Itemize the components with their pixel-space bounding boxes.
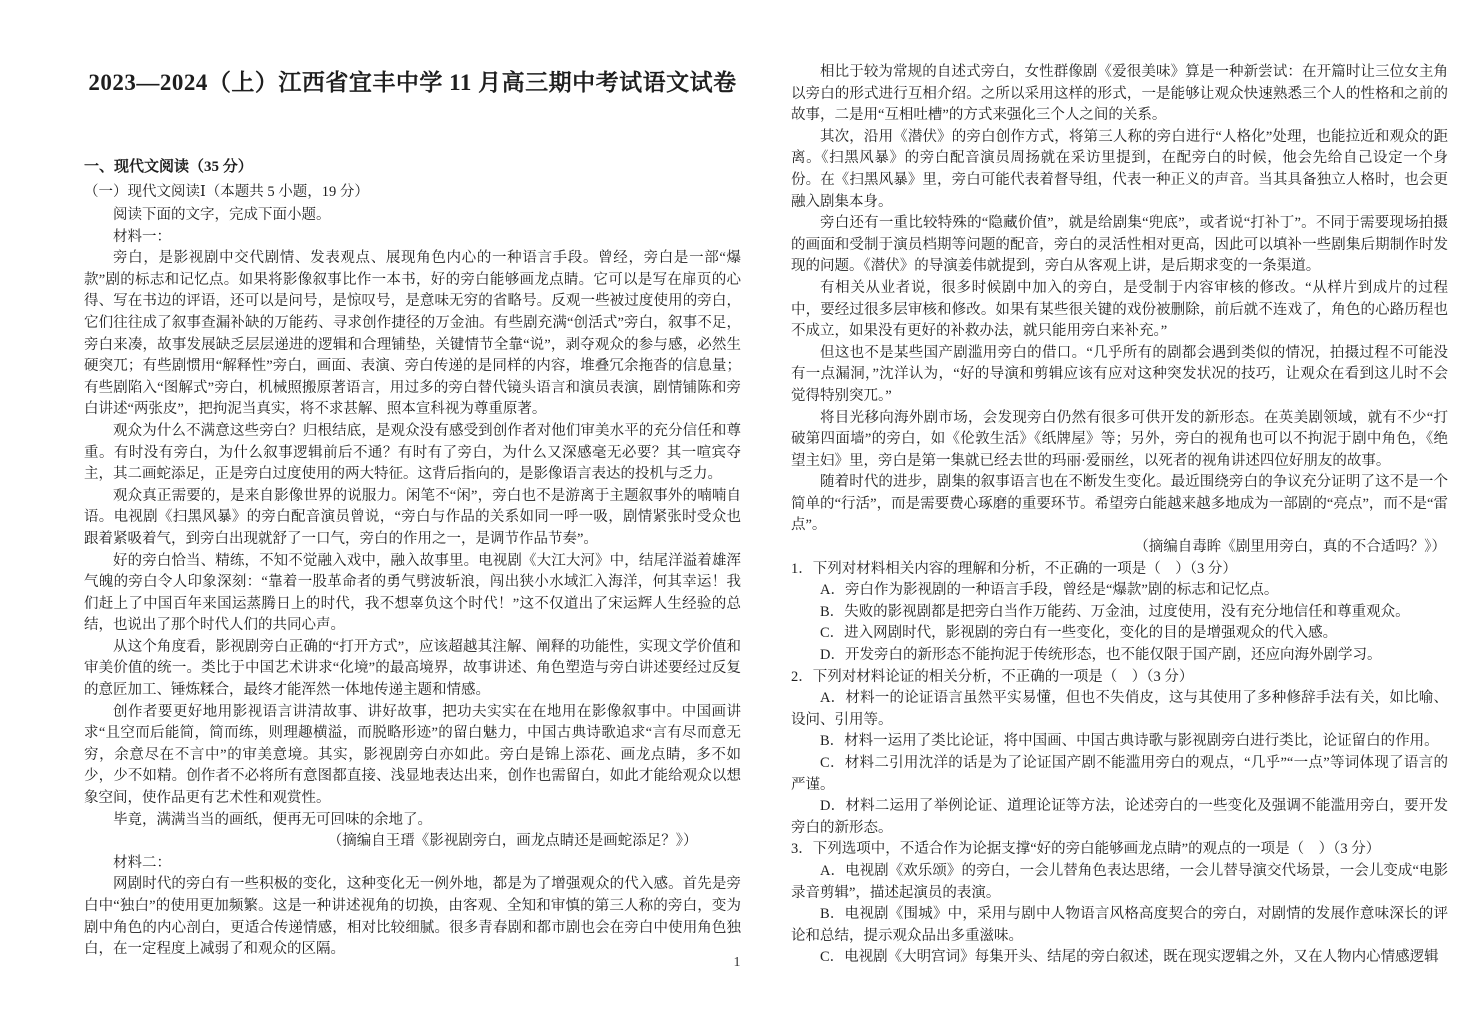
material-two-paragraph: 相比于较为常规的自述式旁白，女性群像剧《爱很美味》算是一种新尝试：在开篇时让三位… (791, 62, 1448, 127)
section-heading: 一、现代文阅读（35 分） (84, 154, 741, 180)
exam-title: 2023—2024（上）江西省宜丰中学 11 月高三期中考试语文试卷 (84, 68, 741, 98)
material-two-paragraph: 但这也不是某些国产剧滥用旁白的借口。“几乎所有的剧都会遇到类似的情况，拍摄过程不… (791, 343, 1448, 408)
question-1-option-b: B．失败的影视剧都是把旁白当作万能药、万金油，过度使用，没有充分地信任和尊重观众… (791, 602, 1448, 624)
material-two-paragraph: 旁白还有一重比较特殊的“隐藏价值”，就是给剧集“兜底”，或者说“打补丁”。不同于… (791, 213, 1448, 278)
question-1-option-d: D．开发旁白的新形态不能拘泥于传统形态，也不能仅限于国产剧，还应向海外剧学习。 (791, 645, 1448, 667)
question-1-stem: 1．下列对材料相关内容的理解和分析，不正确的一项是（ ）（3 分） (791, 559, 1448, 581)
section-subheading: （一）现代文阅读Ⅰ（本题共 5 小题，19 分） (84, 180, 741, 205)
question-1: 1．下列对材料相关内容的理解和分析，不正确的一项是（ ）（3 分） A．旁白作为… (791, 559, 1448, 667)
exam-page: 2023—2024（上）江西省宜丰中学 11 月高三期中考试语文试卷 一、现代文… (0, 0, 1474, 1021)
material-one-attribution: （摘编自王瑨《影视剧旁白，画龙点睛还是画蛇添足？》） (84, 831, 741, 853)
material-two-attribution: （摘编自毒眸《剧里用旁白，真的不合适吗？》） (791, 537, 1448, 559)
page-number: 1 (734, 955, 741, 971)
material-two-label: 材料二： (84, 853, 741, 875)
right-column: 相比于较为常规的自述式旁白，女性群像剧《爱很美味》算是一种新尝试：在开篇时让三位… (791, 62, 1448, 969)
material-one-paragraph: 从这个角度看，影视剧旁白正确的“打开方式”，应该超越其注解、阐释的功能性，实现文… (84, 637, 741, 702)
question-2-stem: 2．下列对材料论证的相关分析，不正确的一项是（ ）（3 分） (791, 667, 1448, 689)
material-one-paragraph: 观众真正需要的，是来自影像世界的说服力。闲笔不“闲”，旁白也不是游离于主题叙事外… (84, 486, 741, 551)
question-2-option-c: C．材料二引用沈洋的话是为了论证国产剧不能滥用旁白的观点，“几乎”“一点”等词体… (791, 753, 1448, 796)
material-two-paragraph: 网剧时代的旁白有一些积极的变化，这种变化无一例外地，都是为了增强观众的代入感。首… (84, 874, 741, 960)
material-two-paragraph: 将目光移向海外剧市场，会发现旁白仍然有很多可供开发的新形态。在英美剧领域，就有不… (791, 408, 1448, 473)
question-3-stem: 3．下列选项中，不适合作为论据支撑“好的旁白能够画龙点睛”的观点的一项是（ ）（… (791, 839, 1448, 861)
material-two-paragraph: 有相关从业者说，很多时候剧中加入的旁白，是受制于内容审核的修改。“从样片到成片的… (791, 278, 1448, 343)
question-3-option-b: B．电视剧《围城》中，采用与剧中人物语言风格高度契合的旁白，对剧情的发展作意味深… (791, 904, 1448, 947)
reading-instruction: 阅读下面的文字，完成下面小题。 (84, 205, 741, 227)
question-2-option-b: B．材料一运用了类比论证，将中国画、中国古典诗歌与影视剧旁白进行类比，论证留白的… (791, 731, 1448, 753)
material-one-paragraph: 旁白，是影视剧中交代剧情、发表观点、展现角色内心的一种语言手段。曾经，旁白是一部… (84, 248, 741, 421)
material-one-label: 材料一： (84, 227, 741, 249)
material-two-paragraph: 随着时代的进步，剧集的叙事语言也在不断发生变化。最近围绕旁白的争议充分证明了这不… (791, 472, 1448, 537)
material-two-paragraph: 其次，沿用《潜伏》的旁白创作方式，将第三人称的旁白进行“人格化”处理，也能拉近和… (791, 127, 1448, 213)
two-column-layout: 2023—2024（上）江西省宜丰中学 11 月高三期中考试语文试卷 一、现代文… (0, 0, 1474, 969)
question-3-option-c: C．电视剧《大明宫词》每集开头、结尾的旁白叙述，既在现实逻辑之外，又在人物内心情… (791, 947, 1448, 969)
material-one-paragraph: 毕竟，满满当当的画纸，便再无可回味的余地了。 (84, 810, 741, 832)
question-3: 3．下列选项中，不适合作为论据支撑“好的旁白能够画龙点睛”的观点的一项是（ ）（… (791, 839, 1448, 969)
material-one-paragraph: 好的旁白恰当、精练，不知不觉融入戏中，融入故事里。电视剧《大江大河》中，结尾洋溢… (84, 551, 741, 637)
question-2-option-a: A．材料一的论证语言虽然平实易懂，但也不失俏皮，这与其使用了多种修辞手法有关，如… (791, 688, 1448, 731)
question-2: 2．下列对材料论证的相关分析，不正确的一项是（ ）（3 分） A．材料一的论证语… (791, 667, 1448, 840)
question-2-option-d: D．材料二运用了举例论证、道理论证等方法，论述旁白的一些变化及强调不能滥用旁白，… (791, 796, 1448, 839)
left-column: 2023—2024（上）江西省宜丰中学 11 月高三期中考试语文试卷 一、现代文… (84, 62, 741, 969)
material-one-paragraph: 创作者要更好地用影视语言讲清故事、讲好故事，把功夫实实在在地用在影像叙事中。中国… (84, 702, 741, 810)
question-1-option-a: A．旁白作为影视剧的一种语言手段，曾经是“爆款”剧的标志和记忆点。 (791, 580, 1448, 602)
question-3-option-a: A．电视剧《欢乐颂》的旁白，一会儿替角色表达思绪，一会儿替导演交代场景，一会儿变… (791, 861, 1448, 904)
material-one-paragraph: 观众为什么不满意这些旁白？归根结底，是观众没有感受到创作者对他们审美水平的充分信… (84, 421, 741, 486)
question-1-option-c: C．进入网剧时代，影视剧的旁白有一些变化，变化的目的是增强观众的代入感。 (791, 623, 1448, 645)
